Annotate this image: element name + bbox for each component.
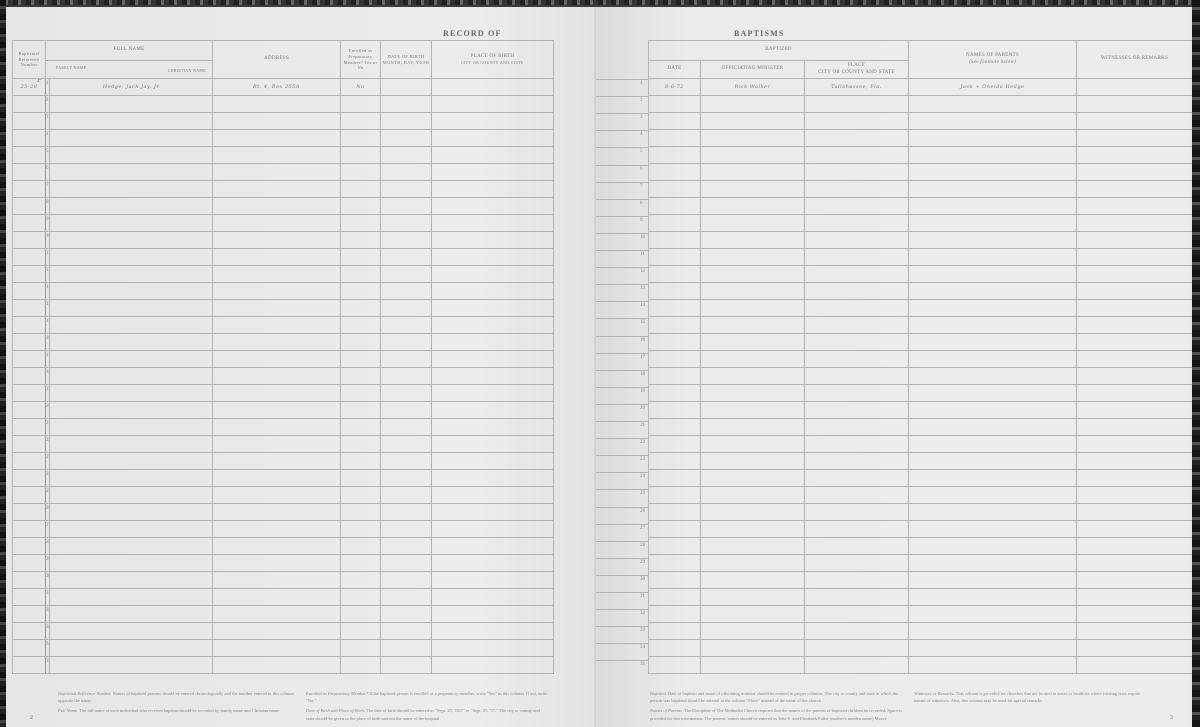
- date-cell[interactable]: [649, 181, 701, 198]
- ref-number-cell[interactable]: [13, 555, 46, 572]
- officiating-minister-cell[interactable]: [701, 572, 805, 589]
- date-of-birth-cell[interactable]: [381, 385, 432, 402]
- place-cell[interactable]: [805, 317, 909, 334]
- date-of-birth-cell[interactable]: [381, 232, 432, 249]
- address-cell[interactable]: [213, 504, 341, 521]
- witnesses-cell[interactable]: [1077, 419, 1193, 436]
- witnesses-cell[interactable]: [1077, 215, 1193, 232]
- date-cell[interactable]: [649, 419, 701, 436]
- ref-number-cell[interactable]: [13, 572, 46, 589]
- names-of-parents-cell[interactable]: [909, 436, 1077, 453]
- full-name-cell[interactable]: [50, 521, 213, 538]
- place-of-birth-cell[interactable]: [432, 419, 554, 436]
- date-of-birth-cell[interactable]: [381, 249, 432, 266]
- address-cell[interactable]: [213, 640, 341, 657]
- witnesses-cell[interactable]: [1077, 334, 1193, 351]
- names-of-parents-cell[interactable]: [909, 521, 1077, 538]
- place-cell[interactable]: [805, 402, 909, 419]
- ref-number-cell[interactable]: [13, 249, 46, 266]
- address-cell[interactable]: [213, 436, 341, 453]
- names-of-parents-cell[interactable]: [909, 351, 1077, 368]
- enrolled-cell[interactable]: [341, 419, 381, 436]
- full-name-cell[interactable]: [50, 657, 213, 674]
- ref-number-cell[interactable]: [13, 521, 46, 538]
- place-of-birth-cell[interactable]: [432, 266, 554, 283]
- place-cell[interactable]: [805, 215, 909, 232]
- date-cell[interactable]: [649, 300, 701, 317]
- full-name-cell[interactable]: [50, 402, 213, 419]
- date-of-birth-cell[interactable]: [381, 79, 432, 96]
- witnesses-cell[interactable]: [1077, 164, 1193, 181]
- address-cell[interactable]: [213, 113, 341, 130]
- witnesses-cell[interactable]: [1077, 402, 1193, 419]
- enrolled-cell[interactable]: [341, 147, 381, 164]
- ref-number-cell[interactable]: 25-28P: [13, 79, 46, 96]
- names-of-parents-cell[interactable]: [909, 334, 1077, 351]
- place-cell[interactable]: [805, 504, 909, 521]
- enrolled-cell[interactable]: No: [341, 79, 381, 96]
- date-of-birth-cell[interactable]: [381, 606, 432, 623]
- officiating-minister-cell[interactable]: [701, 640, 805, 657]
- place-of-birth-cell[interactable]: [432, 606, 554, 623]
- enrolled-cell[interactable]: [341, 351, 381, 368]
- place-cell[interactable]: [805, 657, 909, 674]
- date-cell[interactable]: [649, 623, 701, 640]
- names-of-parents-cell[interactable]: [909, 470, 1077, 487]
- place-cell[interactable]: [805, 351, 909, 368]
- officiating-minister-cell[interactable]: [701, 317, 805, 334]
- ref-number-cell[interactable]: [13, 283, 46, 300]
- officiating-minister-cell[interactable]: [701, 215, 805, 232]
- enrolled-cell[interactable]: [341, 657, 381, 674]
- officiating-minister-cell[interactable]: [701, 300, 805, 317]
- witnesses-cell[interactable]: [1077, 130, 1193, 147]
- place-of-birth-cell[interactable]: [432, 334, 554, 351]
- place-of-birth-cell[interactable]: [432, 164, 554, 181]
- witnesses-cell[interactable]: [1077, 113, 1193, 130]
- enrolled-cell[interactable]: [341, 470, 381, 487]
- names-of-parents-cell[interactable]: [909, 266, 1077, 283]
- date-cell[interactable]: [649, 351, 701, 368]
- place-of-birth-cell[interactable]: [432, 283, 554, 300]
- place-cell[interactable]: [805, 300, 909, 317]
- enrolled-cell[interactable]: [341, 487, 381, 504]
- address-cell[interactable]: [213, 130, 341, 147]
- full-name-cell[interactable]: [50, 164, 213, 181]
- place-cell[interactable]: [805, 640, 909, 657]
- officiating-minister-cell[interactable]: [701, 351, 805, 368]
- full-name-cell[interactable]: [50, 623, 213, 640]
- place-of-birth-cell[interactable]: [432, 538, 554, 555]
- ref-number-cell[interactable]: [13, 538, 46, 555]
- place-of-birth-cell[interactable]: [432, 470, 554, 487]
- date-of-birth-cell[interactable]: [381, 351, 432, 368]
- full-name-cell[interactable]: [50, 317, 213, 334]
- witnesses-cell[interactable]: [1077, 198, 1193, 215]
- date-of-birth-cell[interactable]: [381, 623, 432, 640]
- date-cell[interactable]: [649, 487, 701, 504]
- ref-number-cell[interactable]: [13, 215, 46, 232]
- officiating-minister-cell[interactable]: Rick Walker: [701, 79, 805, 96]
- names-of-parents-cell[interactable]: [909, 232, 1077, 249]
- names-of-parents-cell[interactable]: [909, 317, 1077, 334]
- officiating-minister-cell[interactable]: [701, 113, 805, 130]
- address-cell[interactable]: [213, 96, 341, 113]
- full-name-cell[interactable]: [50, 266, 213, 283]
- names-of-parents-cell[interactable]: [909, 538, 1077, 555]
- place-of-birth-cell[interactable]: [432, 623, 554, 640]
- place-cell[interactable]: [805, 470, 909, 487]
- officiating-minister-cell[interactable]: [701, 232, 805, 249]
- ref-number-cell[interactable]: [13, 334, 46, 351]
- place-cell[interactable]: [805, 181, 909, 198]
- date-of-birth-cell[interactable]: [381, 215, 432, 232]
- place-of-birth-cell[interactable]: [432, 640, 554, 657]
- place-of-birth-cell[interactable]: [432, 300, 554, 317]
- date-cell[interactable]: [649, 317, 701, 334]
- date-of-birth-cell[interactable]: [381, 181, 432, 198]
- address-cell[interactable]: [213, 385, 341, 402]
- date-cell[interactable]: [649, 606, 701, 623]
- address-cell[interactable]: [213, 606, 341, 623]
- place-of-birth-cell[interactable]: [432, 504, 554, 521]
- date-cell[interactable]: [649, 521, 701, 538]
- place-of-birth-cell[interactable]: [432, 249, 554, 266]
- officiating-minister-cell[interactable]: [701, 266, 805, 283]
- place-of-birth-cell[interactable]: [432, 487, 554, 504]
- date-of-birth-cell[interactable]: [381, 589, 432, 606]
- witnesses-cell[interactable]: [1077, 351, 1193, 368]
- enrolled-cell[interactable]: [341, 164, 381, 181]
- date-of-birth-cell[interactable]: [381, 657, 432, 674]
- officiating-minister-cell[interactable]: [701, 385, 805, 402]
- date-of-birth-cell[interactable]: [381, 147, 432, 164]
- enrolled-cell[interactable]: [341, 538, 381, 555]
- place-cell[interactable]: [805, 453, 909, 470]
- date-cell[interactable]: [649, 266, 701, 283]
- officiating-minister-cell[interactable]: [701, 198, 805, 215]
- full-name-cell[interactable]: [50, 368, 213, 385]
- witnesses-cell[interactable]: [1077, 453, 1193, 470]
- address-cell[interactable]: [213, 147, 341, 164]
- ref-number-cell[interactable]: [13, 385, 46, 402]
- officiating-minister-cell[interactable]: [701, 436, 805, 453]
- date-of-birth-cell[interactable]: [381, 300, 432, 317]
- date-of-birth-cell[interactable]: [381, 266, 432, 283]
- date-cell[interactable]: [649, 385, 701, 402]
- full-name-cell[interactable]: [50, 555, 213, 572]
- witnesses-cell[interactable]: [1077, 606, 1193, 623]
- ref-number-cell[interactable]: [13, 164, 46, 181]
- place-cell[interactable]: [805, 130, 909, 147]
- place-cell[interactable]: [805, 96, 909, 113]
- enrolled-cell[interactable]: [341, 181, 381, 198]
- date-of-birth-cell[interactable]: [381, 538, 432, 555]
- witnesses-cell[interactable]: [1077, 283, 1193, 300]
- enrolled-cell[interactable]: [341, 334, 381, 351]
- date-cell[interactable]: [649, 130, 701, 147]
- full-name-cell[interactable]: [50, 113, 213, 130]
- ref-number-cell[interactable]: [13, 504, 46, 521]
- witnesses-cell[interactable]: [1077, 623, 1193, 640]
- names-of-parents-cell[interactable]: [909, 96, 1077, 113]
- witnesses-cell[interactable]: [1077, 368, 1193, 385]
- address-cell[interactable]: [213, 419, 341, 436]
- place-cell[interactable]: [805, 606, 909, 623]
- ref-number-cell[interactable]: [13, 300, 46, 317]
- address-cell[interactable]: Rt. 4, Box 355A: [213, 79, 341, 96]
- full-name-cell[interactable]: [50, 487, 213, 504]
- place-of-birth-cell[interactable]: [432, 232, 554, 249]
- witnesses-cell[interactable]: [1077, 640, 1193, 657]
- witnesses-cell[interactable]: [1077, 657, 1193, 674]
- full-name-cell[interactable]: [50, 215, 213, 232]
- full-name-cell[interactable]: [50, 419, 213, 436]
- names-of-parents-cell[interactable]: [909, 419, 1077, 436]
- officiating-minister-cell[interactable]: [701, 334, 805, 351]
- date-of-birth-cell[interactable]: [381, 453, 432, 470]
- enrolled-cell[interactable]: [341, 385, 381, 402]
- witnesses-cell[interactable]: [1077, 436, 1193, 453]
- officiating-minister-cell[interactable]: [701, 623, 805, 640]
- address-cell[interactable]: [213, 657, 341, 674]
- names-of-parents-cell[interactable]: [909, 215, 1077, 232]
- witnesses-cell[interactable]: [1077, 266, 1193, 283]
- officiating-minister-cell[interactable]: [701, 470, 805, 487]
- witnesses-cell[interactable]: [1077, 232, 1193, 249]
- place-of-birth-cell[interactable]: [432, 96, 554, 113]
- full-name-cell[interactable]: [50, 589, 213, 606]
- names-of-parents-cell[interactable]: [909, 589, 1077, 606]
- ref-number-cell[interactable]: [13, 96, 46, 113]
- address-cell[interactable]: [213, 232, 341, 249]
- place-cell[interactable]: [805, 232, 909, 249]
- address-cell[interactable]: [213, 538, 341, 555]
- witnesses-cell[interactable]: [1077, 555, 1193, 572]
- address-cell[interactable]: [213, 317, 341, 334]
- place-of-birth-cell[interactable]: [432, 113, 554, 130]
- witnesses-cell[interactable]: [1077, 470, 1193, 487]
- address-cell[interactable]: [213, 198, 341, 215]
- full-name-cell[interactable]: [50, 436, 213, 453]
- enrolled-cell[interactable]: [341, 266, 381, 283]
- place-of-birth-cell[interactable]: [432, 555, 554, 572]
- date-of-birth-cell[interactable]: [381, 317, 432, 334]
- place-of-birth-cell[interactable]: [432, 453, 554, 470]
- enrolled-cell[interactable]: [341, 572, 381, 589]
- officiating-minister-cell[interactable]: [701, 504, 805, 521]
- names-of-parents-cell[interactable]: [909, 249, 1077, 266]
- place-cell[interactable]: [805, 147, 909, 164]
- ref-number-cell[interactable]: [13, 130, 46, 147]
- place-cell[interactable]: [805, 164, 909, 181]
- names-of-parents-cell[interactable]: [909, 300, 1077, 317]
- full-name-cell[interactable]: [50, 181, 213, 198]
- date-of-birth-cell[interactable]: [381, 572, 432, 589]
- witnesses-cell[interactable]: [1077, 487, 1193, 504]
- address-cell[interactable]: [213, 487, 341, 504]
- officiating-minister-cell[interactable]: [701, 538, 805, 555]
- date-cell[interactable]: [649, 198, 701, 215]
- names-of-parents-cell[interactable]: [909, 504, 1077, 521]
- names-of-parents-cell[interactable]: [909, 368, 1077, 385]
- place-of-birth-cell[interactable]: [432, 215, 554, 232]
- ref-number-cell[interactable]: [13, 181, 46, 198]
- address-cell[interactable]: [213, 266, 341, 283]
- names-of-parents-cell[interactable]: [909, 487, 1077, 504]
- names-of-parents-cell[interactable]: [909, 623, 1077, 640]
- enrolled-cell[interactable]: [341, 521, 381, 538]
- date-cell[interactable]: [649, 249, 701, 266]
- officiating-minister-cell[interactable]: [701, 521, 805, 538]
- witnesses-cell[interactable]: [1077, 181, 1193, 198]
- place-of-birth-cell[interactable]: [432, 79, 554, 96]
- enrolled-cell[interactable]: [341, 453, 381, 470]
- place-cell[interactable]: [805, 249, 909, 266]
- names-of-parents-cell[interactable]: [909, 147, 1077, 164]
- date-cell[interactable]: [649, 368, 701, 385]
- date-cell[interactable]: [649, 96, 701, 113]
- ref-number-cell[interactable]: [13, 453, 46, 470]
- date-cell[interactable]: [649, 538, 701, 555]
- place-of-birth-cell[interactable]: [432, 572, 554, 589]
- place-of-birth-cell[interactable]: [432, 385, 554, 402]
- place-of-birth-cell[interactable]: [432, 402, 554, 419]
- ref-number-cell[interactable]: [13, 436, 46, 453]
- names-of-parents-cell[interactable]: [909, 113, 1077, 130]
- full-name-cell[interactable]: [50, 606, 213, 623]
- full-name-cell[interactable]: [50, 198, 213, 215]
- place-cell[interactable]: [805, 436, 909, 453]
- date-of-birth-cell[interactable]: [381, 113, 432, 130]
- date-cell[interactable]: [649, 215, 701, 232]
- date-of-birth-cell[interactable]: [381, 368, 432, 385]
- date-cell[interactable]: [649, 657, 701, 674]
- officiating-minister-cell[interactable]: [701, 657, 805, 674]
- ref-number-cell[interactable]: [13, 113, 46, 130]
- full-name-cell[interactable]: [50, 538, 213, 555]
- officiating-minister-cell[interactable]: [701, 164, 805, 181]
- place-of-birth-cell[interactable]: [432, 181, 554, 198]
- officiating-minister-cell[interactable]: [701, 249, 805, 266]
- address-cell[interactable]: [213, 470, 341, 487]
- date-of-birth-cell[interactable]: [381, 283, 432, 300]
- place-cell[interactable]: Tallahassee, Fla.: [805, 79, 909, 96]
- full-name-cell[interactable]: [50, 572, 213, 589]
- enrolled-cell[interactable]: [341, 589, 381, 606]
- place-cell[interactable]: [805, 623, 909, 640]
- enrolled-cell[interactable]: [341, 300, 381, 317]
- officiating-minister-cell[interactable]: [701, 181, 805, 198]
- ref-number-cell[interactable]: [13, 470, 46, 487]
- date-of-birth-cell[interactable]: [381, 487, 432, 504]
- date-cell[interactable]: [649, 640, 701, 657]
- full-name-cell[interactable]: [50, 334, 213, 351]
- names-of-parents-cell[interactable]: [909, 283, 1077, 300]
- names-of-parents-cell[interactable]: [909, 385, 1077, 402]
- ref-number-cell[interactable]: [13, 147, 46, 164]
- date-of-birth-cell[interactable]: [381, 504, 432, 521]
- date-of-birth-cell[interactable]: [381, 640, 432, 657]
- address-cell[interactable]: [213, 215, 341, 232]
- enrolled-cell[interactable]: [341, 130, 381, 147]
- place-of-birth-cell[interactable]: [432, 521, 554, 538]
- address-cell[interactable]: [213, 181, 341, 198]
- place-cell[interactable]: [805, 113, 909, 130]
- date-cell[interactable]: [649, 572, 701, 589]
- date-of-birth-cell[interactable]: [381, 555, 432, 572]
- full-name-cell[interactable]: [50, 351, 213, 368]
- date-of-birth-cell[interactable]: [381, 164, 432, 181]
- ref-number-cell[interactable]: [13, 487, 46, 504]
- place-of-birth-cell[interactable]: [432, 657, 554, 674]
- full-name-cell[interactable]: [50, 453, 213, 470]
- address-cell[interactable]: [213, 623, 341, 640]
- ref-number-cell[interactable]: [13, 402, 46, 419]
- place-cell[interactable]: [805, 487, 909, 504]
- date-cell[interactable]: [649, 147, 701, 164]
- names-of-parents-cell[interactable]: [909, 606, 1077, 623]
- date-of-birth-cell[interactable]: [381, 402, 432, 419]
- date-of-birth-cell[interactable]: [381, 334, 432, 351]
- ref-number-cell[interactable]: [13, 198, 46, 215]
- date-of-birth-cell[interactable]: [381, 521, 432, 538]
- full-name-cell[interactable]: [50, 640, 213, 657]
- enrolled-cell[interactable]: [341, 198, 381, 215]
- full-name-cell[interactable]: [50, 283, 213, 300]
- names-of-parents-cell[interactable]: [909, 453, 1077, 470]
- officiating-minister-cell[interactable]: [701, 453, 805, 470]
- place-cell[interactable]: [805, 521, 909, 538]
- ref-number-cell[interactable]: [13, 232, 46, 249]
- enrolled-cell[interactable]: [341, 232, 381, 249]
- witnesses-cell[interactable]: [1077, 317, 1193, 334]
- full-name-cell[interactable]: [50, 385, 213, 402]
- ref-number-cell[interactable]: [13, 640, 46, 657]
- ref-number-cell[interactable]: [13, 351, 46, 368]
- place-cell[interactable]: [805, 283, 909, 300]
- address-cell[interactable]: [213, 572, 341, 589]
- enrolled-cell[interactable]: [341, 606, 381, 623]
- place-of-birth-cell[interactable]: [432, 436, 554, 453]
- full-name-cell[interactable]: [50, 300, 213, 317]
- witnesses-cell[interactable]: [1077, 79, 1193, 96]
- officiating-minister-cell[interactable]: [701, 402, 805, 419]
- ref-number-cell[interactable]: [13, 266, 46, 283]
- witnesses-cell[interactable]: [1077, 504, 1193, 521]
- witnesses-cell[interactable]: [1077, 572, 1193, 589]
- date-cell[interactable]: [649, 453, 701, 470]
- date-cell[interactable]: [649, 113, 701, 130]
- date-of-birth-cell[interactable]: [381, 198, 432, 215]
- place-of-birth-cell[interactable]: [432, 198, 554, 215]
- officiating-minister-cell[interactable]: [701, 130, 805, 147]
- officiating-minister-cell[interactable]: [701, 283, 805, 300]
- witnesses-cell[interactable]: [1077, 538, 1193, 555]
- enrolled-cell[interactable]: [341, 555, 381, 572]
- witnesses-cell[interactable]: [1077, 521, 1193, 538]
- ref-number-cell[interactable]: [13, 419, 46, 436]
- officiating-minister-cell[interactable]: [701, 606, 805, 623]
- names-of-parents-cell[interactable]: [909, 181, 1077, 198]
- full-name-cell[interactable]: [50, 96, 213, 113]
- date-cell[interactable]: [649, 436, 701, 453]
- place-of-birth-cell[interactable]: [432, 130, 554, 147]
- ref-number-cell[interactable]: [13, 317, 46, 334]
- date-cell[interactable]: [649, 232, 701, 249]
- place-cell[interactable]: [805, 538, 909, 555]
- date-cell[interactable]: [649, 164, 701, 181]
